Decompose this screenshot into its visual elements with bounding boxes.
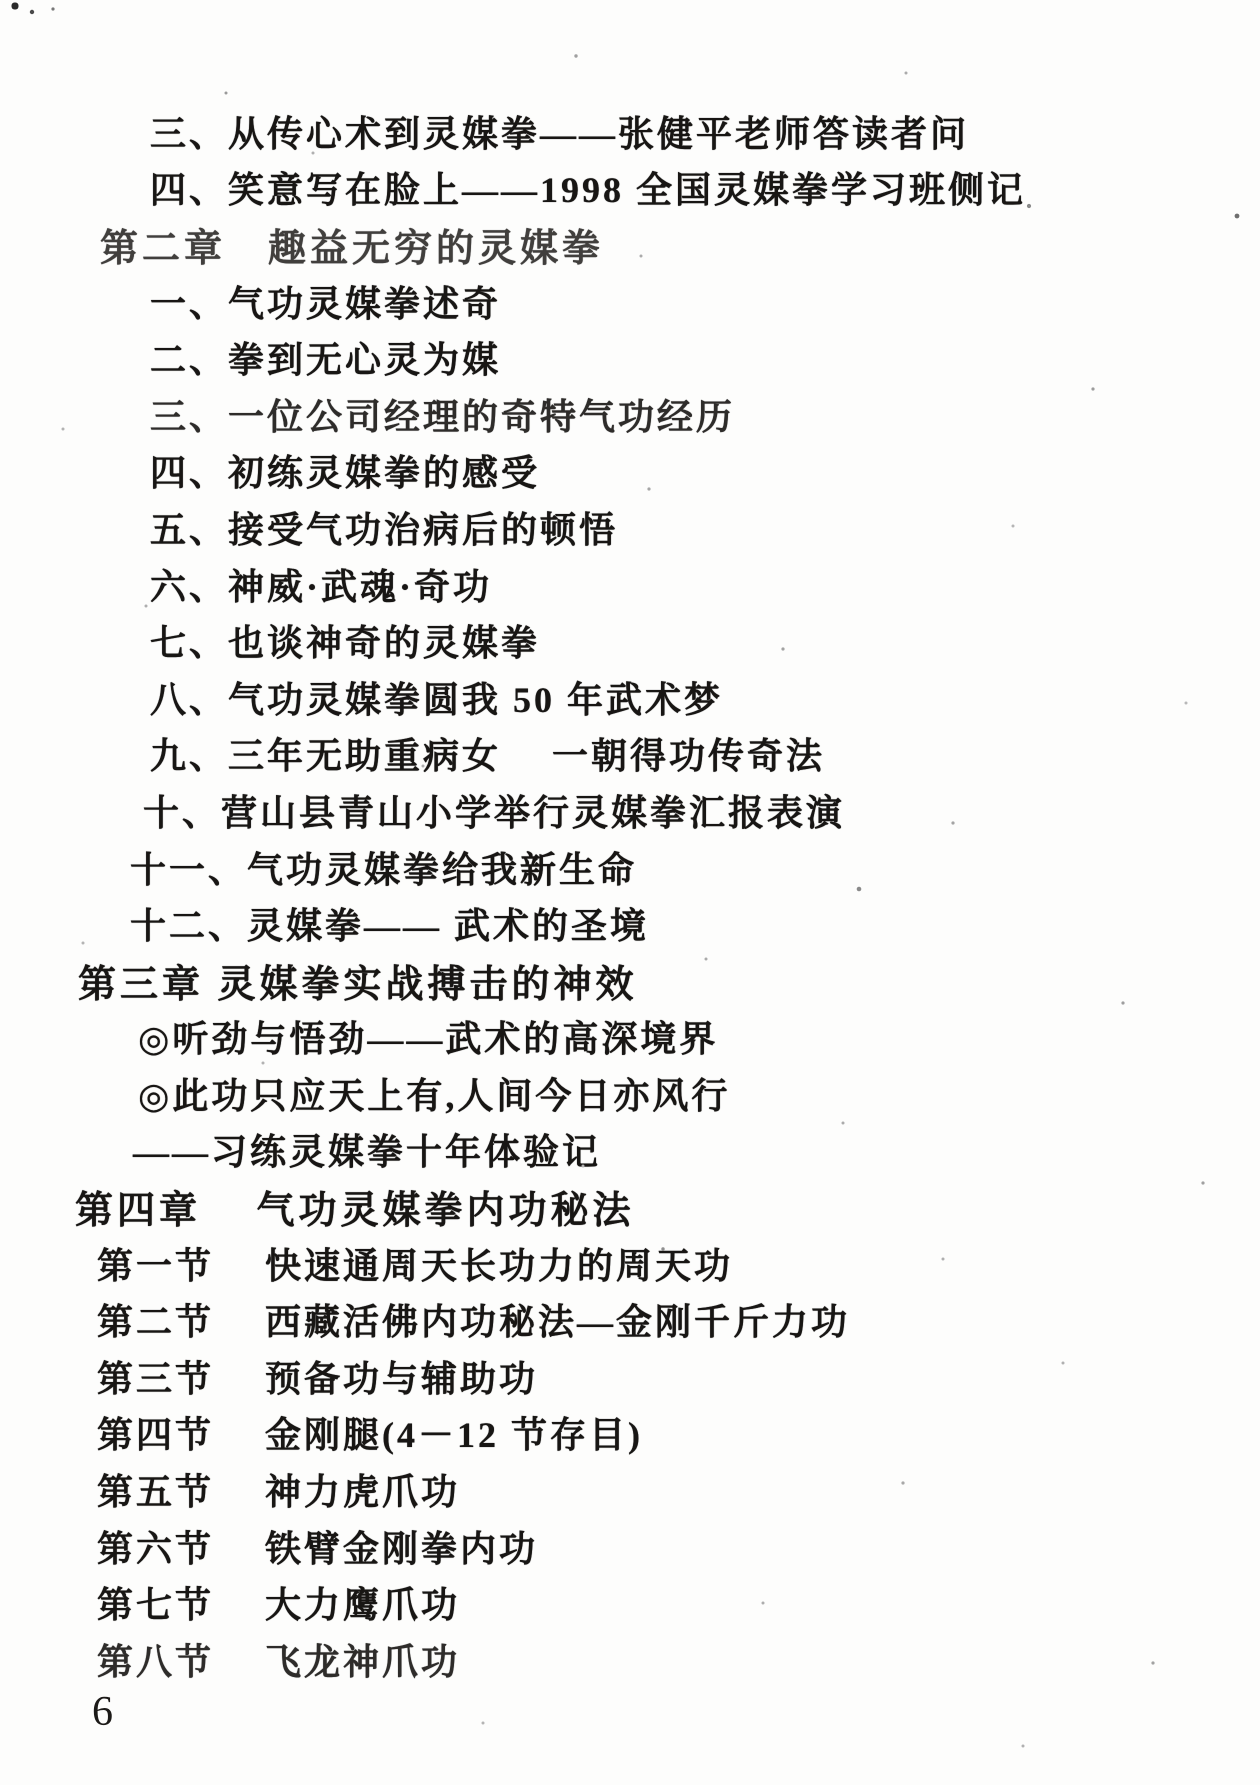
toc-chapter-4: 第四章 气功灵媒拳内功秘法 <box>75 1178 1260 1235</box>
toc-line: 一、气功灵媒拳述奇 <box>150 273 1260 330</box>
toc-section: 第四节 金刚腿(4－12 节存目) <box>97 1405 1260 1462</box>
toc-line: ◎听劲与悟劲——武术的高深境界 <box>138 1009 1260 1066</box>
toc-line: 七、也谈神奇的灵媒拳 <box>150 612 1260 669</box>
toc-section: 第五节 神力虎爪功 <box>97 1461 1260 1518</box>
toc-line: ——习练灵媒拳十年体验记 <box>133 1122 1260 1179</box>
scanned-book-page: 三、从传心术到灵媒拳——张健平老师答读者问 四、笑意写在脸上——1998 全国灵… <box>0 0 1260 1785</box>
toc-section: 第三节 预备功与辅助功 <box>97 1348 1260 1405</box>
toc-section: 第七节 大力鹰爪功 <box>97 1574 1260 1631</box>
toc-section: 第六节 铁臂金刚拳内功 <box>97 1518 1260 1575</box>
toc-section: 第二节 西藏活佛内功秘法—金刚千斤力功 <box>97 1291 1260 1348</box>
toc-chapter-3: 第三章 灵媒拳实战搏击的神效 <box>78 952 1260 1009</box>
toc-section: 第八节 飞龙神爪功 <box>97 1631 1260 1688</box>
toc-line: 四、笑意写在脸上——1998 全国灵媒拳学习班侧记 <box>150 160 1260 217</box>
toc-line: 十一、气功灵媒拳给我新生命 <box>130 839 1260 896</box>
toc-line: 六、神威·武魂·奇功 <box>150 556 1260 613</box>
scan-noise-speckles <box>0 0 2 2</box>
page-number: 6 <box>92 1688 113 1736</box>
toc-line: ◎此功只应天上有,人间今日亦风行 <box>138 1065 1260 1122</box>
toc-line: 三、一位公司经理的奇特气功经历 <box>150 386 1260 443</box>
toc-line: 三、从传心术到灵媒拳——张健平老师答读者问 <box>150 103 1260 160</box>
toc-line: 四、初练灵媒拳的感受 <box>150 443 1260 500</box>
toc-line: 八、气功灵媒拳圆我 50 年武术梦 <box>150 669 1260 726</box>
toc-line: 五、接受气功治病后的顿悟 <box>150 499 1260 556</box>
toc-line: 九、三年无助重病女 一朝得功传奇法 <box>150 726 1260 783</box>
toc-line: 十、营山县青山小学举行灵媒拳汇报表演 <box>143 782 1260 839</box>
table-of-contents: 三、从传心术到灵媒拳——张健平老师答读者问 四、笑意写在脸上——1998 全国灵… <box>0 103 1260 1688</box>
toc-chapter-2: 第二章 趣益无穷的灵媒拳 <box>100 216 1260 273</box>
toc-line: 十二、灵媒拳—— 武术的圣境 <box>130 895 1260 952</box>
toc-line: 二、拳到无心灵为媒 <box>150 329 1260 386</box>
toc-section: 第一节 快速通周天长功力的周天功 <box>97 1235 1260 1292</box>
